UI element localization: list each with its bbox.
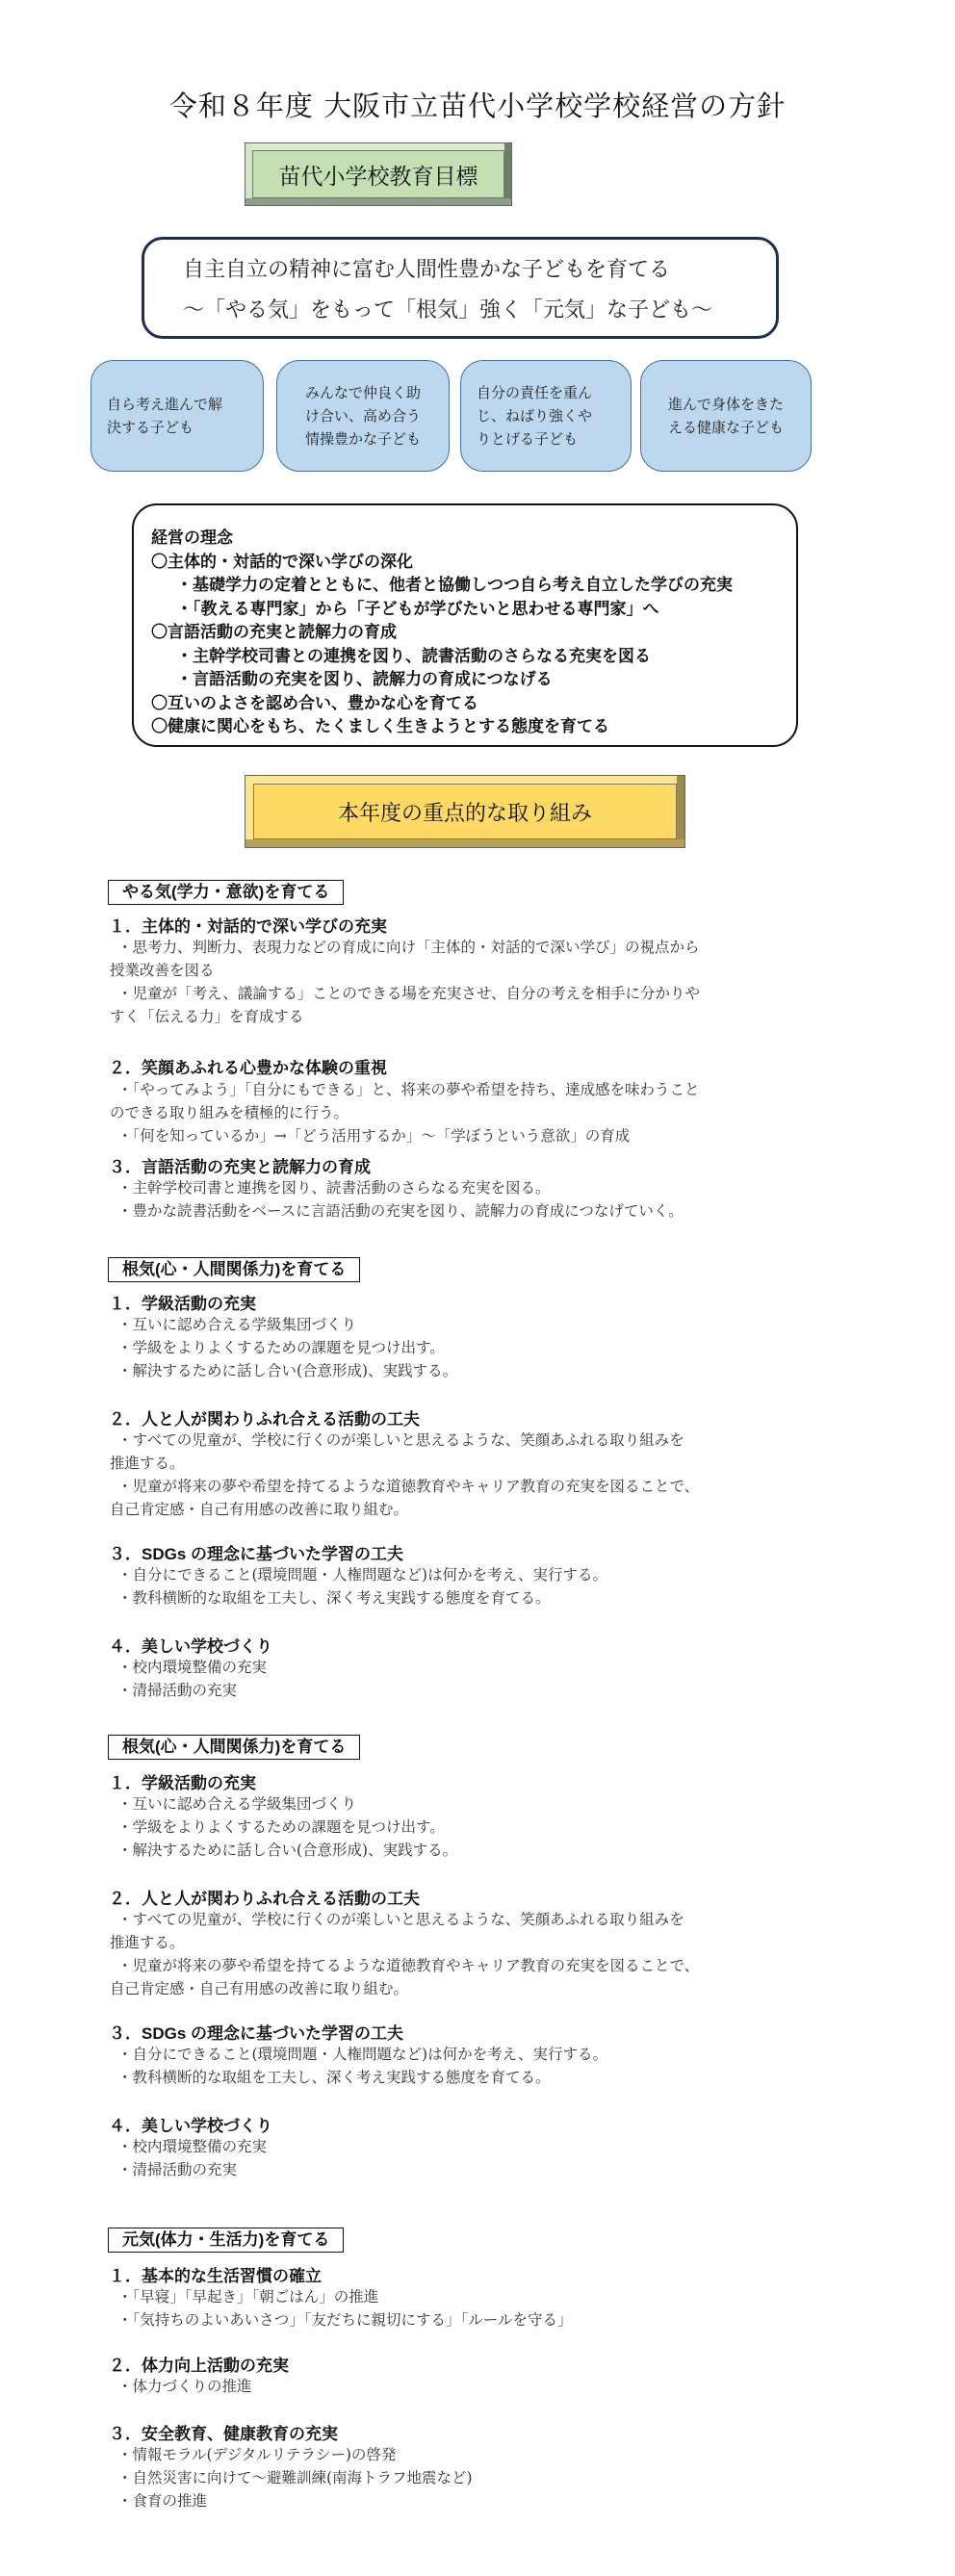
item-line: ・主幹学校司書と連携を図り、読書活動のさらなる充実を図る。 [117,1176,684,1199]
item-line: ・「何を知っているか」→「どう活用するか」～「学ぼうという意欲」の育成 [117,1124,700,1147]
item-line: のできる取り組みを積極的に行う。 [110,1101,700,1124]
bevel-edge [245,776,253,847]
item-body: ・主幹学校司書と連携を図り、読書活動のさらなる充実を図る。 ・豊かな読書活動をベ… [117,1176,684,1223]
bevel-edge [245,143,252,205]
item-line: ・教科横断的な取組を工夫し、深く考え実践する態度を育てる。 [117,1586,607,1610]
document-title: 令和８年度 大阪市立苗代小学校学校経営の方針 [0,85,955,124]
philosophy-line: ・「教える専門家」から「子どもが学びたいと思わせる専門家」へ [151,598,796,622]
child-goal-line: りとげる子ども [477,427,592,451]
philosophy-heading: 経営の理念 [151,527,796,551]
item-title: １．主体的・対話的で深い学びの充実 [109,913,387,937]
philosophy-line: 〇言語活動の充実と読解力の育成 [151,621,796,645]
item-line: ・学級をよりよくするための課題を見つけ出す。 [117,1816,457,1839]
child-goal-box-2: みんなで仲良く助 け合い、高め合う 情操豊かな子ども [276,360,450,472]
item-title: ２．人と人が関わりふれ合える活動の工夫 [109,1405,420,1430]
item-line: ・解決するために話し合い(合意形成)、実践する。 [117,1839,457,1862]
item-line: ・教科横断的な取組を工夫し、深く考え実践する態度を育てる。 [117,2066,607,2089]
item-title: １．学級活動の充実 [109,1290,256,1314]
item-line: ・自然災害に向けて～避難訓練(南海トラフ地震など) [117,2466,473,2489]
child-goal-line: じ、ねばり強くや [477,404,592,427]
item-line: ・清掃活動の充実 [117,1679,267,1702]
item-body: ・情報モラル(デジタルリテラシー)の啓発 ・自然災害に向けて～避難訓練(南海トラ… [117,2443,473,2512]
item-line: 推進する。 [110,1931,699,1954]
philosophy-line: ・基礎学力の定着とともに、他者と協働しつつ自ら考え自立した学びの充実 [151,574,796,598]
item-line: ・「気持ちのよいあいさつ」「友だちに親切にする」「ルールを守る」 [117,2308,572,2331]
item-line: ・すべての児童が、学校に行くのが楽しいと思えるような、笑顔あふれる取り組みを [117,1429,699,1452]
item-line: ・児童が「考え、議論する」ことのできる場を充実させ、自分の考えを相手に分かりや [117,982,700,1005]
item-body: ・自分にできること(環境問題・人権問題など)は何かを考え、実行する。 ・教科横断… [117,1563,607,1610]
child-goal-line: 自分の責任を重ん [477,381,592,404]
goal-line-main: 自主自立の精神に富む人間性豊かな子どもを育てる [183,253,670,283]
child-goal-line: 決する子ども [107,416,222,439]
item-line: 推進する。 [110,1452,699,1475]
item-line: ・互いに認め合える学級集団づくり [117,1792,457,1816]
bevel-edge [245,143,511,150]
child-goal-box-3: 自分の責任を重ん じ、ねばり強くや りとげる子ども [460,360,632,472]
item-body: ・校内環境整備の充実 ・清掃活動の充実 [117,2135,267,2181]
goal-line-sub: ～「やる気」をもって「根気」強く「元気」な子ども～ [183,294,712,323]
item-body: ・すべての児童が、学校に行くのが楽しいと思えるような、笑顔あふれる取り組みを 推… [117,1429,699,1521]
child-goal-line: 自ら考え進んで解 [107,393,222,416]
philosophy-line: ・主幹学校司書との連携を図り、読書活動のさらなる充実を図る [151,645,796,669]
item-line: 自己肯定感・自己有用感の改善に取り組む。 [110,1498,699,1521]
focus-initiatives-banner-label: 本年度の重点的な取り組み [253,784,677,839]
item-body: ・互いに認め合える学級集団づくり ・学級をよりよくするための課題を見つけ出す。 … [117,1313,457,1382]
item-line: ・食育の推進 [117,2489,473,2512]
item-line: ・互いに認め合える学級集団づくり [117,1313,457,1336]
bevel-edge [245,198,511,205]
item-line: ・児童が将来の夢や希望を持てるような道徳教育やキャリア教育の充実を図ることで、 [117,1475,699,1498]
item-title: ４．美しい学校づくり [109,1633,272,1657]
item-body: ・自分にできること(環境問題・人権問題など)は何かを考え、実行する。 ・教科横断… [117,2043,607,2089]
item-body: ・「やってみよう」「自分にもできる」と、将来の夢や希望を持ち、達成感を味わうこと… [117,1078,700,1147]
item-line: 自己肯定感・自己有用感の改善に取り組む。 [110,1977,699,2000]
item-line: ・体力づくりの推進 [117,2375,252,2398]
child-goal-box-4: 進んで身体をきた える健康な子ども [640,360,812,472]
section-header-perseverance: 根気(心・人間関係力)を育てる [108,1257,360,1282]
item-line: ・思考力、判断力、表現力などの育成に向け「主体的・対話的で深い学び」の視点から [117,936,700,959]
philosophy-line: 〇健康に関心をもち、たくましく生きようとする態度を育てる [151,715,796,739]
item-line: ・豊かな読書活動をベースに言語活動の充実を図り、読解力の育成につなげていく。 [117,1199,684,1223]
bevel-edge [677,776,684,847]
item-title: ２．笑顔あふれる心豊かな体験の重視 [109,1054,387,1078]
bevel-edge [245,776,684,784]
child-goal-line: える健康な子ども [668,416,784,439]
item-line: ・校内環境整備の充実 [117,2135,267,2158]
section-header-vitality: 元気(体力・生活力)を育てる [108,2228,344,2253]
item-title: ４．美しい学校づくり [109,2112,272,2136]
item-body: ・校内環境整備の充実 ・清掃活動の充実 [117,1656,267,1702]
item-line: ・校内環境整備の充実 [117,1656,267,1679]
item-body: ・「早寝」「早起き」「朝ごはん」の推進 ・「気持ちのよいあいさつ」「友だちに親切… [117,2285,572,2331]
item-line: ・「やってみよう」「自分にもできる」と、将来の夢や希望を持ち、達成感を味わうこと [117,1078,700,1101]
child-goal-box-1: 自ら考え進んで解 決する子ども [90,360,264,472]
item-title: １．学級活動の充実 [109,1769,256,1793]
section-header-motivation: やる気(学力・意欲)を育てる [108,880,344,905]
management-philosophy-box: 経営の理念 〇主体的・対話的で深い学びの深化 ・基礎学力の定着とともに、他者と協… [132,503,798,747]
child-goal-line: みんなで仲良く助 [305,381,421,404]
item-line: ・「早寝」「早起き」「朝ごはん」の推進 [117,2285,572,2308]
philosophy-line: ・言語活動の充実を図り、読解力の育成につなげる [151,668,796,692]
item-line: すく「伝える力」を育成する [110,1005,700,1028]
focus-initiatives-banner: 本年度の重点的な取り組み [245,775,685,848]
section-header-perseverance-2: 根気(心・人間関係力)を育てる [108,1735,360,1760]
item-body: ・体力づくりの推進 [117,2375,252,2398]
education-goal-banner: 苗代小学校教育目標 [245,142,512,206]
education-goal-box: 自主自立の精神に富む人間性豊かな子どもを育てる ～「やる気」をもって「根気」強く… [142,237,779,339]
item-title: １．基本的な生活習慣の確立 [109,2262,322,2286]
item-line: ・学級をよりよくするための課題を見つけ出す。 [117,1336,457,1359]
item-body: ・すべての児童が、学校に行くのが楽しいと思えるような、笑顔あふれる取り組みを 推… [117,1908,699,2000]
item-line: ・すべての児童が、学校に行くのが楽しいと思えるような、笑顔あふれる取り組みを [117,1908,699,1931]
item-body: ・互いに認め合える学級集団づくり ・学級をよりよくするための課題を見つけ出す。 … [117,1792,457,1862]
item-line: ・児童が将来の夢や希望を持てるような道徳教育やキャリア教育の充実を図ることで、 [117,1954,699,1977]
item-line: ・自分にできること(環境問題・人権問題など)は何かを考え、実行する。 [117,1563,607,1586]
item-title: ３．安全教育、健康教育の充実 [109,2420,338,2444]
item-line: ・自分にできること(環境問題・人権問題など)は何かを考え、実行する。 [117,2043,607,2066]
item-line: ・情報モラル(デジタルリテラシー)の啓発 [117,2443,473,2466]
item-title: ３．SDGs の理念に基づいた学習の工夫 [109,2020,403,2044]
item-line: 授業改善を図る [110,959,700,982]
item-line: ・解決するために話し合い(合意形成)、実践する。 [117,1359,457,1382]
item-title: ２．人と人が関わりふれ合える活動の工夫 [109,1885,420,1909]
item-body: ・思考力、判断力、表現力などの育成に向け「主体的・対話的で深い学び」の視点から … [117,936,700,1028]
education-goal-banner-label: 苗代小学校教育目標 [252,150,504,198]
philosophy-line: 〇互いのよさを認め合い、豊かな心を育てる [151,692,796,716]
item-line: ・清掃活動の充実 [117,2158,267,2181]
bevel-edge [245,839,684,847]
item-title: ３．言語活動の充実と読解力の育成 [109,1153,371,1177]
philosophy-line: 〇主体的・対話的で深い学びの深化 [151,551,796,575]
child-goal-line: 進んで身体をきた [668,393,784,416]
bevel-edge [504,143,511,205]
child-goal-line: け合い、高め合う [305,404,421,427]
item-title: ３．SDGs の理念に基づいた学習の工夫 [109,1540,403,1564]
item-title: ２．体力向上活動の充実 [109,2352,289,2376]
child-goal-line: 情操豊かな子ども [305,427,421,451]
